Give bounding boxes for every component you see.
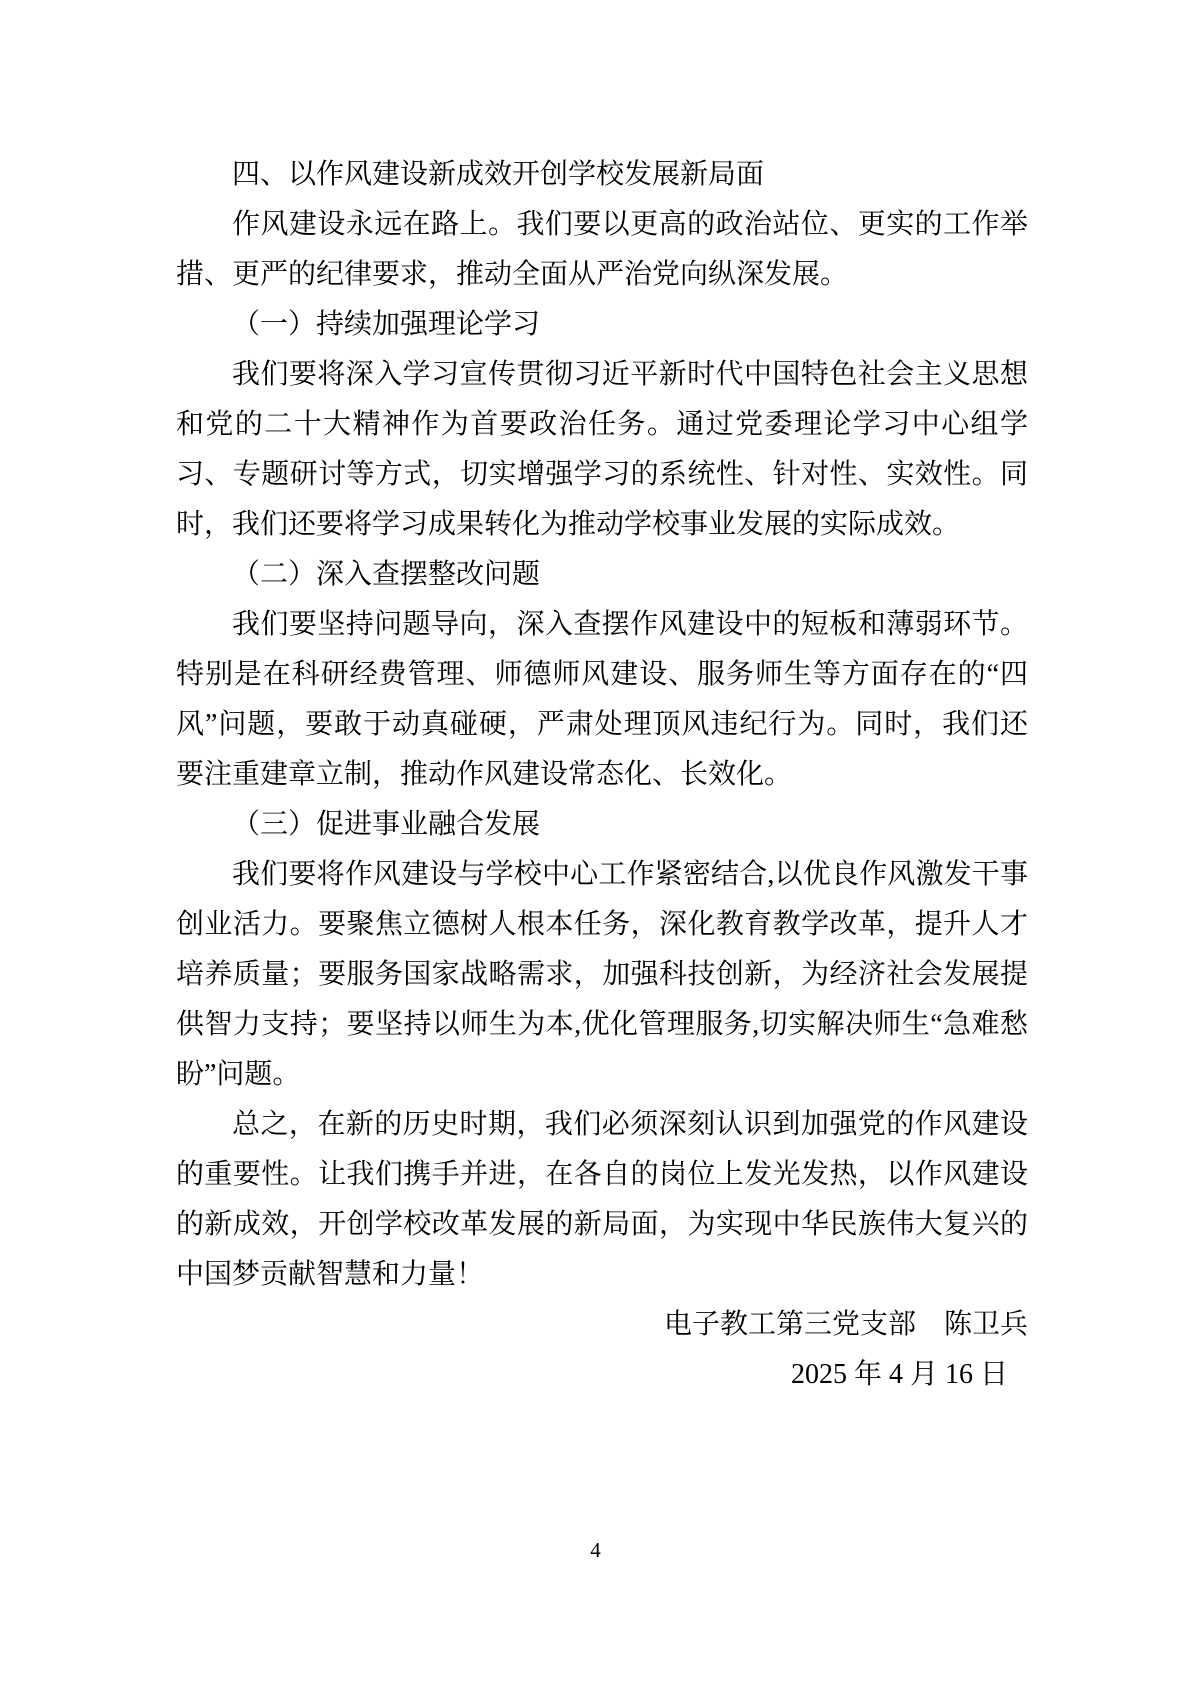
paragraph-conclusion: 总之，在新的历史时期，我们必须深刻认识到加强党的作风建设的重要性。让我们携手并进… [176,1100,1028,1300]
paragraph-rectify-problems: 我们要坚持问题导向，深入查摆作风建设中的短板和薄弱环节。特别是在科研经费管理、师… [176,600,1028,800]
paragraph-integrate-development: 我们要将作风建设与学校中心工作紧密结合,以优良作风激发干事创业活力。要聚焦立德树… [176,850,1028,1100]
date-line: 2025 年 4 月 16 日 [176,1350,1028,1400]
subsection-heading-3: （三）促进事业融合发展 [176,800,1028,850]
paragraph-intro: 作风建设永远在路上。我们要以更高的政治站位、更实的工作举措、更严的纪律要求，推动… [176,200,1028,300]
document-body: 四、以作风建设新成效开创学校发展新局面 作风建设永远在路上。我们要以更高的政治站… [176,150,1028,1400]
section-heading: 四、以作风建设新成效开创学校发展新局面 [176,150,1028,200]
signature-line: 电子教工第三党支部 陈卫兵 [176,1300,1028,1350]
page-number: 4 [0,1536,1191,1564]
subsection-heading-2: （二）深入查摆整改问题 [176,550,1028,600]
document-page: 四、以作风建设新成效开创学校发展新局面 作风建设永远在路上。我们要以更高的政治站… [0,0,1191,1684]
subsection-heading-1: （一）持续加强理论学习 [176,300,1028,350]
paragraph-theory-study: 我们要将深入学习宣传贯彻习近平新时代中国特色社会主义思想和党的二十大精神作为首要… [176,350,1028,550]
